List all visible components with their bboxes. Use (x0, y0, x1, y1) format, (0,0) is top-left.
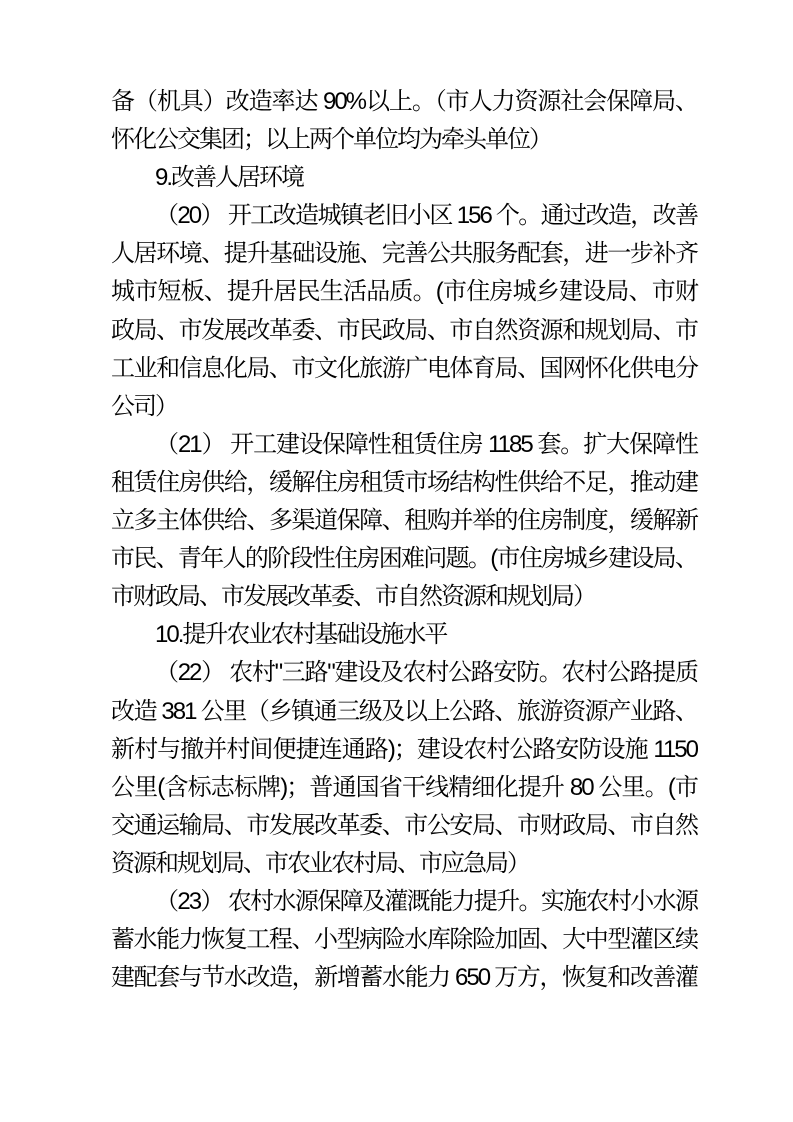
paragraph-item-22: （22） 农村"三路"建设及农村公路安防。农村公路提质 改造 381 公里（乡镇… (111, 654, 697, 883)
text-line: 建配套与节水改造，新增蓄水能力 650 万方，恢复和改善灌 (111, 959, 697, 997)
heading-line: 9.改善人居环境 (111, 159, 697, 197)
text-line: 人居环境、提升基础设施、完善公共服务配套，进一步补齐 (111, 235, 697, 273)
text-line: 公司） (111, 388, 697, 426)
text-line: 市民、青年人的阶段性住房困难问题。(市住房城乡建设局、 (111, 540, 697, 578)
text-line: 立多主体供给、多渠道保障、租购并举的住房制度，缓解新 (111, 502, 697, 540)
text-line: 公里(含标志标牌)；普通国省干线精细化提升 80 公里。(市 (111, 769, 697, 807)
text-line: （21） 开工建设保障性租赁住房 1185 套。扩大保障性 (111, 426, 697, 464)
text-line: 资源和规划局、市农业农村局、市应急局） (111, 845, 697, 883)
text-line: （20） 开工改造城镇老旧小区 156 个。通过改造，改善 (111, 197, 697, 235)
text-line: 城市短板、提升居民生活品质。(市住房城乡建设局、市财 (111, 273, 697, 311)
text-line: （22） 农村"三路"建设及农村公路安防。农村公路提质 (111, 654, 697, 692)
text-line: 交通运输局、市发展改革委、市公安局、市财政局、市自然 (111, 807, 697, 845)
text-line: 改造 381 公里（乡镇通三级及以上公路、旅游资源产业路、 (111, 693, 697, 731)
heading-line: 10.提升农业农村基础设施水平 (111, 616, 697, 654)
text-line: （23） 农村水源保障及灌溉能力提升。实施农村小水源 (111, 883, 697, 921)
text-line: 备（机具）改造率达 90%以上。（市人力资源社会保障局、 (111, 83, 697, 121)
section-heading-10: 10.提升农业农村基础设施水平 (111, 616, 697, 654)
paragraph-item-20: （20） 开工改造城镇老旧小区 156 个。通过改造，改善 人居环境、提升基础设… (111, 197, 697, 426)
text-line: 市财政局、市发展改革委、市自然资源和规划局） (111, 578, 697, 616)
text-line: 工业和信息化局、市文化旅游广电体育局、国网怀化供电分 (111, 350, 697, 388)
document-body: 备（机具）改造率达 90%以上。（市人力资源社会保障局、 怀化公交集团；以上两个… (111, 83, 697, 997)
text-line: 蓄水能力恢复工程、小型病险水库除险加固、大中型灌区续 (111, 921, 697, 959)
text-line: 租赁住房供给，缓解住房租赁市场结构性供给不足，推动建 (111, 464, 697, 502)
text-line: 怀化公交集团；以上两个单位均为牵头单位） (111, 121, 697, 159)
document-page: 备（机具）改造率达 90%以上。（市人力资源社会保障局、 怀化公交集团；以上两个… (0, 0, 793, 1122)
paragraph-continuation: 备（机具）改造率达 90%以上。（市人力资源社会保障局、 怀化公交集团；以上两个… (111, 83, 697, 159)
text-line: 政局、市发展改革委、市民政局、市自然资源和规划局、市 (111, 312, 697, 350)
text-line: 新村与撤并村间便捷连通路)；建设农村公路安防设施 1150 (111, 731, 697, 769)
section-heading-9: 9.改善人居环境 (111, 159, 697, 197)
paragraph-item-21: （21） 开工建设保障性租赁住房 1185 套。扩大保障性 租赁住房供给，缓解住… (111, 426, 697, 616)
paragraph-item-23: （23） 农村水源保障及灌溉能力提升。实施农村小水源 蓄水能力恢复工程、小型病险… (111, 883, 697, 997)
